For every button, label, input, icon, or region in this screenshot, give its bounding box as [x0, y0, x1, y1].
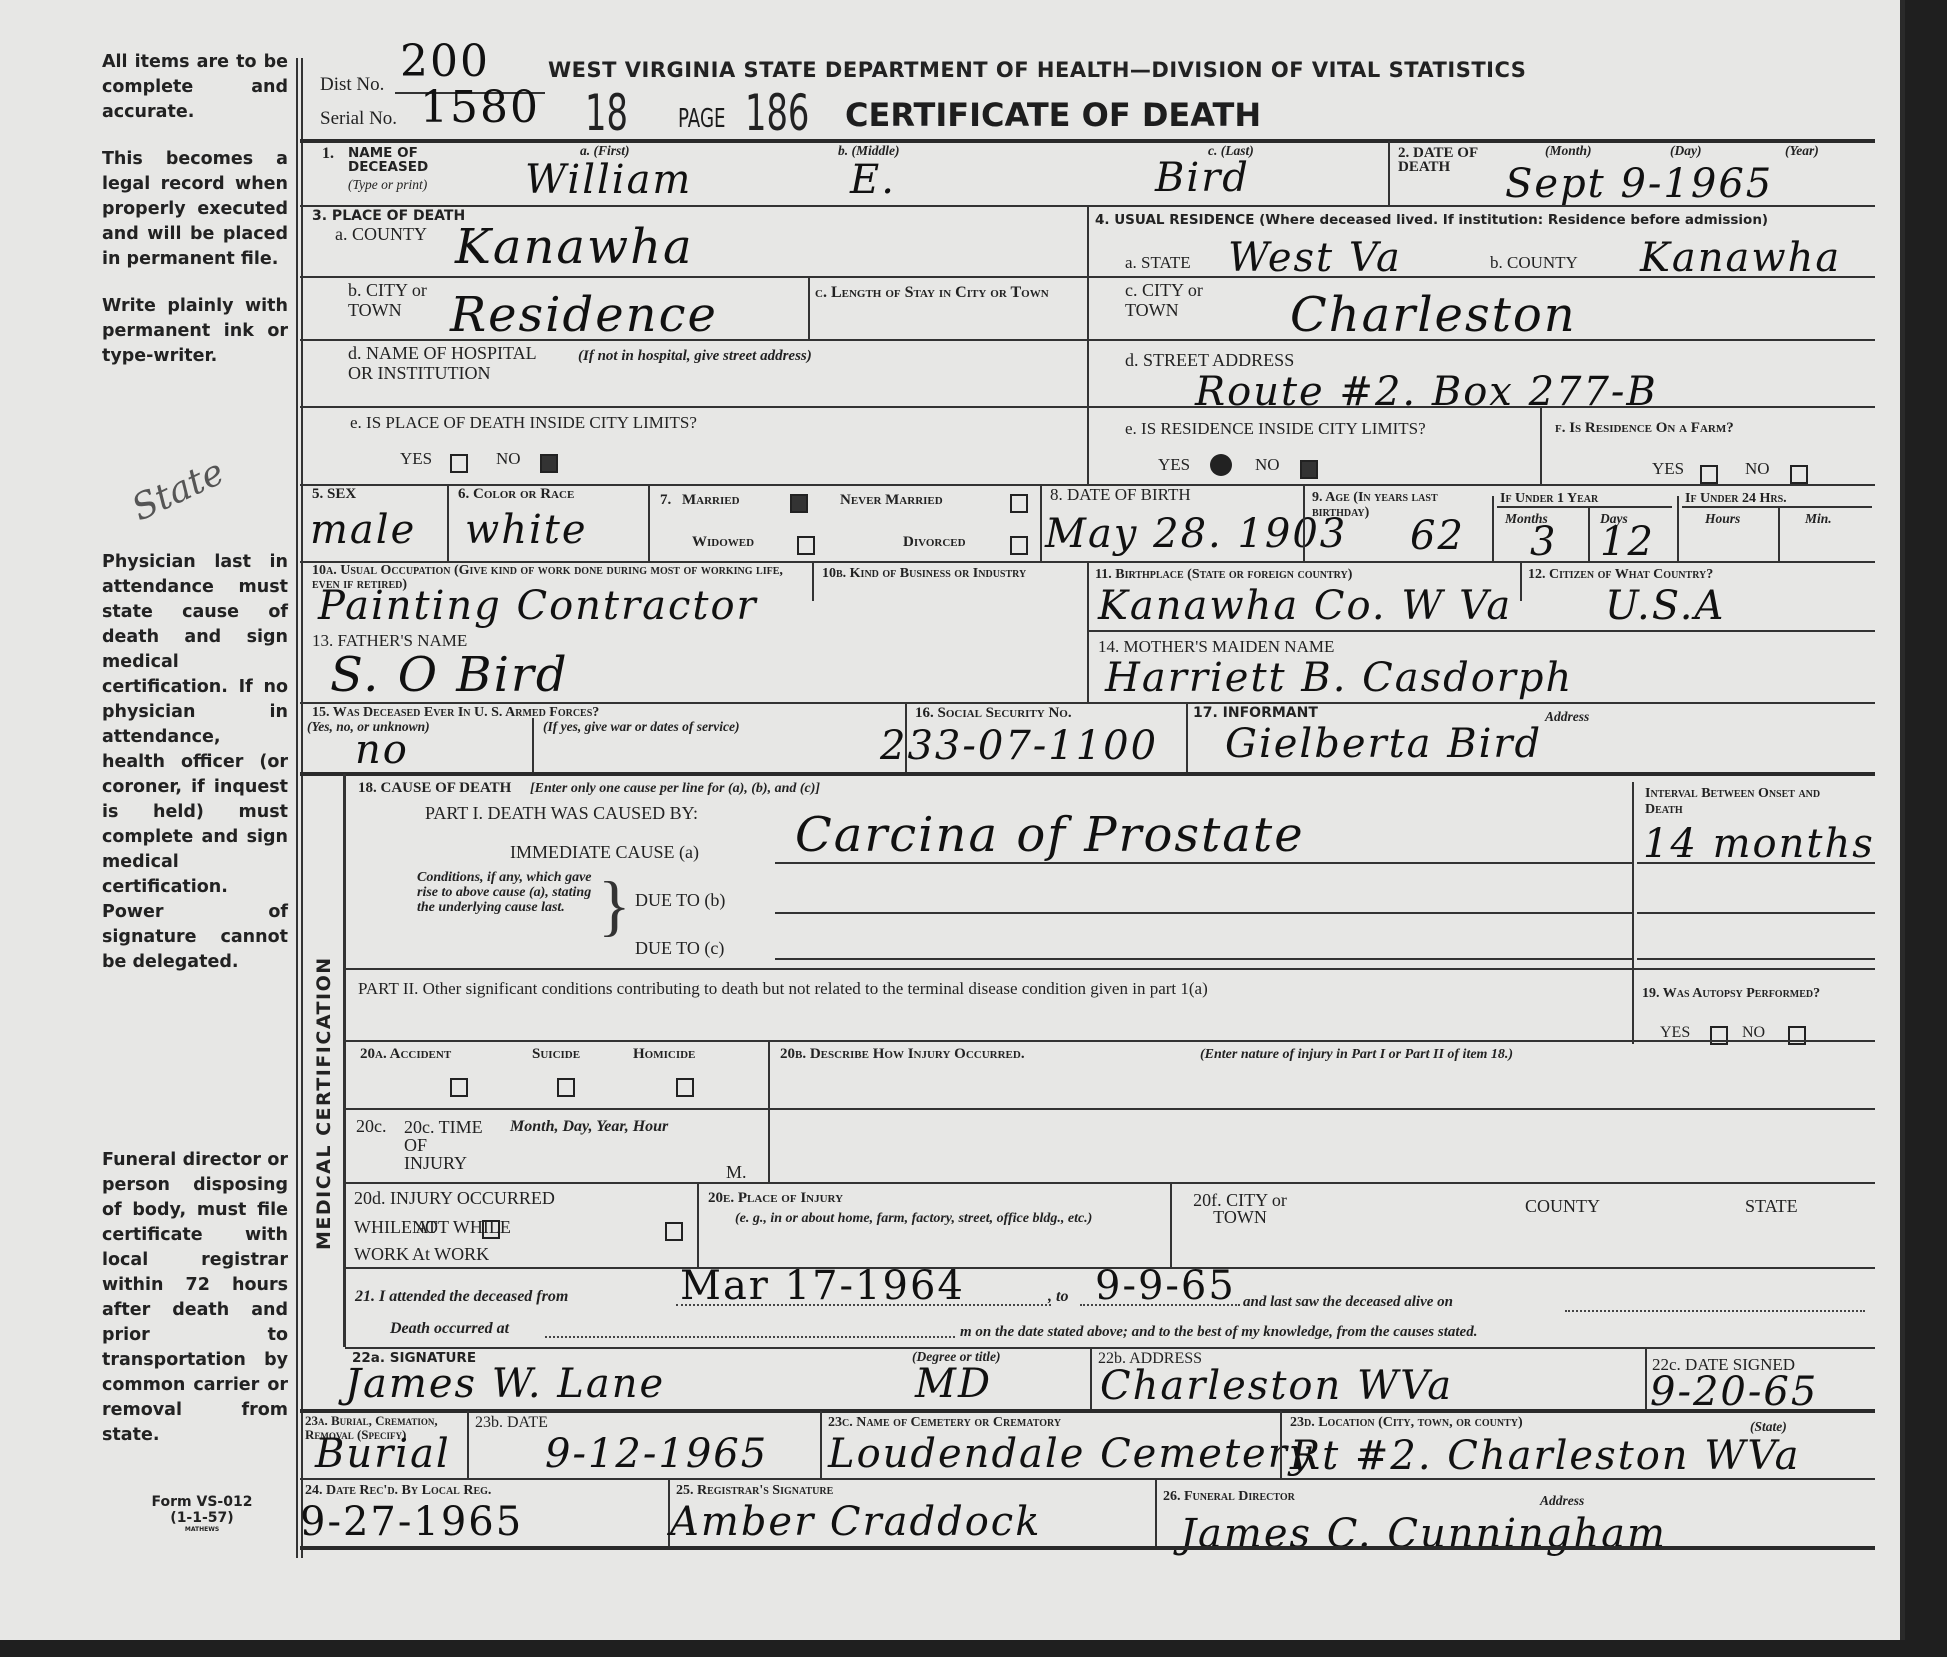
injury-state-label: STATE [1745, 1198, 1798, 1215]
physician-address-value[interactable]: Charleston WVa [1100, 1364, 1453, 1408]
degree-value[interactable]: MD [915, 1362, 992, 1406]
injury-city-label: 20f. CITY or TOWN [1180, 1192, 1300, 1226]
row-rule [345, 1040, 1875, 1042]
farm-no-label: NO [1745, 460, 1770, 477]
death-inside-yes-checkbox[interactable] [450, 454, 468, 473]
form-number: Form VS-012 (1-1-57) MATHEWS [112, 1494, 292, 1534]
hospital-label: d. NAME OF HOSPITAL OR INSTITUTION [348, 343, 548, 383]
dob-label: 8. DATE OF BIRTH [1050, 486, 1191, 503]
informant-address-label: Address [1545, 710, 1589, 724]
hospital-hint: (If not in hospital, give street address… [578, 348, 812, 365]
time-injury-num: 20c. [356, 1118, 387, 1135]
farm-label: f. Is Residence On a Farm? [1555, 420, 1734, 437]
birthplace-label: 11. Birthplace (State or foreign country… [1095, 566, 1352, 583]
last-name-value[interactable]: Bird [1155, 156, 1250, 200]
homicide-label: Homicide [633, 1046, 695, 1063]
due-to-b-label: DUE TO (b) [635, 892, 725, 909]
attended-to-value[interactable]: 9-9-65 [1095, 1264, 1236, 1308]
book-number-stamp: 18 [585, 84, 628, 142]
last-saw-label: and last saw the deceased alive on [1243, 1294, 1453, 1311]
form-date: (1-1-57) [112, 1510, 292, 1526]
birthplace-value[interactable]: Kanawha Co. W Va [1098, 584, 1512, 628]
last-saw-line [1565, 1310, 1865, 1312]
age-years-value[interactable]: 62 [1410, 514, 1465, 558]
page-number-stamp: 186 [745, 84, 809, 142]
length-of-stay-label: c. Length of Stay in City or Town [815, 284, 1055, 301]
location-state-label: (State) [1750, 1420, 1787, 1434]
sub-rule [1497, 506, 1672, 508]
page-label: PAGE [678, 104, 726, 134]
dod-month-label: (Month) [1545, 144, 1592, 158]
divider [697, 1182, 699, 1267]
sidebar-note-3: Write plainly with permanent ink or type… [102, 294, 288, 369]
disposition-date-label: 23b. DATE [475, 1414, 548, 1431]
divider [1303, 484, 1305, 561]
interval-line [1637, 958, 1875, 960]
farm-yes-checkbox[interactable] [1700, 465, 1718, 484]
accident-label: 20a. Accident [360, 1046, 451, 1063]
divider [1040, 484, 1042, 561]
divider [1645, 1349, 1647, 1409]
center-divider [1087, 205, 1089, 484]
residence-inside-city-label: e. IS RESIDENCE INSIDE CITY LIMITS? [1125, 420, 1426, 437]
mother-value[interactable]: Harriett B. Casdorph [1105, 656, 1573, 700]
death-county-label: a. COUNTY [335, 226, 427, 243]
form-id: Form VS-012 [112, 1494, 292, 1510]
death-inside-no-label: NO [496, 450, 521, 467]
divider [1155, 1480, 1157, 1546]
service-hint: (If yes, give war or dates of service) [543, 720, 739, 734]
row-rule [345, 1108, 1875, 1110]
row-rule [1087, 630, 1875, 632]
widowed-checkbox[interactable] [797, 536, 815, 555]
divider [447, 484, 449, 561]
under-24-label: If Under 24 Hrs. [1685, 490, 1787, 507]
on-date-label: m on the date stated above; and to the b… [960, 1324, 1477, 1341]
row-rule [345, 968, 1875, 970]
divider [1186, 702, 1188, 772]
dod-day-label: (Day) [1670, 144, 1701, 158]
injury-how-label: 20b. Describe How Injury Occurred. [780, 1046, 1025, 1063]
received-value[interactable]: 9-27-1965 [300, 1500, 523, 1544]
suicide-label: Suicide [532, 1046, 580, 1063]
divider [1778, 508, 1780, 561]
sidebar-note-2: This becomes a legal record when properl… [102, 147, 288, 272]
divider [1492, 496, 1494, 561]
father-value[interactable]: S. O Bird [330, 650, 569, 700]
residence-inside-yes-scribble [1210, 454, 1232, 476]
usual-residence-label: 4. USUAL RESIDENCE (Where deceased lived… [1095, 212, 1875, 229]
location-value[interactable]: Rt #2. Charleston WVa [1290, 1434, 1800, 1478]
row-rule [300, 339, 1875, 341]
residence-inside-yes-label: YES [1158, 456, 1190, 473]
divider [1280, 1411, 1282, 1478]
farm-yes-label: YES [1652, 460, 1684, 477]
sex-label: 5. SEX [312, 486, 356, 503]
immediate-cause-label: IMMEDIATE CAUSE (a) [510, 844, 699, 861]
immediate-cause-value[interactable]: Carcina of Prostate [795, 810, 1305, 860]
conditions-note: Conditions, if any, which gave rise to a… [417, 870, 597, 915]
place-injury-label: 20e. Place of Injury [708, 1190, 843, 1207]
interval-line [1637, 912, 1875, 914]
cemetery-value[interactable]: Loudendale Cemetery [828, 1432, 1313, 1476]
time-injury-label: 20c. TIME OF INJURY [404, 1118, 484, 1172]
first-name-label: a. (First) [580, 144, 630, 158]
bottom-rule [300, 1546, 1875, 1550]
autopsy-yes-checkbox[interactable] [1710, 1026, 1728, 1045]
middle-name-value[interactable]: E. [850, 158, 896, 202]
part2-label: PART II. Other significant conditions co… [358, 980, 1208, 997]
brace: } [598, 870, 631, 940]
autopsy-label: 19. Was Autopsy Performed? [1642, 986, 1842, 1002]
dod-year-label: (Year) [1785, 144, 1819, 158]
street-address-label: d. STREET ADDRESS [1125, 352, 1294, 369]
citizen-value[interactable]: U.S.A [1605, 584, 1725, 628]
divider [820, 1411, 822, 1478]
disposition-method-value[interactable]: Burial [315, 1432, 451, 1476]
divider [648, 484, 650, 561]
business-label: 10b. Kind of Business or Industry [822, 566, 1082, 581]
not-while-work-checkbox[interactable] [665, 1222, 683, 1241]
race-label: 6. Color or Race [458, 486, 574, 503]
death-occurred-line [545, 1336, 955, 1338]
under-1-year-label: If Under 1 Year [1500, 490, 1598, 507]
age-months-value[interactable]: 3 [1530, 520, 1557, 564]
divider [1388, 141, 1390, 205]
farm-no-checkbox[interactable] [1790, 465, 1808, 484]
department-header: WEST VIRGINIA STATE DEPARTMENT OF HEALTH… [548, 58, 1526, 82]
middle-name-label: b. (Middle) [838, 144, 900, 158]
suicide-checkbox[interactable] [557, 1078, 575, 1097]
sex-value[interactable]: male [310, 508, 416, 552]
time-injury-hint: Month, Day, Year, Hour [510, 1118, 668, 1135]
registrar-value[interactable]: Amber Craddock [670, 1500, 1041, 1544]
certificate-title: CERTIFICATE OF DEATH [845, 96, 1261, 134]
printer-mark: MATHEWS [112, 1526, 292, 1534]
first-name-value[interactable]: William [525, 158, 692, 202]
divorced-label: Divorced [903, 534, 966, 551]
received-label: 24. Date Rec'd. By Local Reg. [305, 1482, 491, 1499]
residence-inside-no-checkbox[interactable] [1300, 460, 1318, 479]
divider [1170, 1182, 1172, 1267]
divider [812, 561, 814, 601]
header-rule [300, 139, 1875, 143]
divider [532, 718, 534, 772]
married-checkbox[interactable] [790, 494, 808, 513]
min-label: Min. [1805, 512, 1832, 526]
interval-divider [1632, 782, 1634, 1044]
row-rule-thick [300, 772, 1875, 776]
residence-county-value[interactable]: Kanawha [1640, 236, 1841, 280]
attended-from-value[interactable]: Mar 17-1964 [680, 1264, 965, 1308]
date-of-death-value[interactable]: Sept 9-1965 [1505, 162, 1773, 206]
divider [1540, 406, 1542, 484]
residence-county-label: b. COUNTY [1490, 254, 1578, 271]
dist-no-label: Dist No. [320, 76, 384, 93]
race-value[interactable]: white [465, 508, 588, 552]
armed-forces-value[interactable]: no [355, 728, 409, 772]
divider [1588, 508, 1590, 561]
death-city-label: b. CITY or TOWN [348, 280, 443, 320]
name-hint: (Type or print) [348, 178, 427, 192]
autopsy-no-checkbox[interactable] [1788, 1026, 1806, 1045]
sidebar-instructions-top: All items are to be complete and accurat… [102, 50, 288, 391]
medical-side-border [343, 774, 346, 1347]
signature-value[interactable]: James W. Lane [345, 1362, 665, 1406]
death-city-value[interactable]: Residence [450, 290, 718, 340]
never-married-checkbox[interactable] [1010, 494, 1028, 513]
divider [1090, 1349, 1092, 1409]
death-occurred-label: Death occurred at [390, 1320, 509, 1337]
autopsy-yes-label: YES [1660, 1024, 1690, 1041]
name-label-num: 1. [322, 145, 334, 162]
row-rule [300, 1478, 1875, 1480]
date-of-death-label: 2. DATE OF DEATH [1398, 146, 1508, 174]
medical-certification-side-title: MEDICAL CERTIFICATION [313, 1220, 335, 1250]
sidebar-instructions-funeral: Funeral director or person disposing of … [102, 1148, 288, 1470]
divider [1677, 496, 1679, 561]
interval-line [1637, 862, 1875, 864]
citizen-label: 12. Citizen of What Country? [1528, 566, 1713, 583]
serial-no-value: 1580 [420, 86, 540, 130]
due-to-c-label: DUE TO (c) [635, 940, 724, 957]
row-rule [300, 406, 1875, 408]
part1-label: PART I. DEATH WAS CAUSED BY: [425, 805, 698, 822]
due-to-c-line [775, 958, 1632, 960]
cause-of-death-label: 18. CAUSE OF DEATH [358, 780, 511, 797]
attended-prefix: 21. I attended the deceased from [355, 1288, 568, 1305]
injury-how-hint: (Enter nature of injury in Part I or Par… [1200, 1046, 1513, 1063]
ssn-value[interactable]: 233-07-1100 [880, 724, 1158, 768]
place-of-death-label: 3. PLACE OF DEATH [312, 208, 465, 225]
sidebar-instructions-physician: Physician last in attendance must state … [102, 550, 288, 997]
residence-state-value[interactable]: West Va [1228, 236, 1402, 280]
divorced-checkbox[interactable] [1010, 536, 1028, 555]
due-to-b-line [775, 912, 1632, 914]
disposition-date-value[interactable]: 9-12-1965 [545, 1432, 768, 1476]
married-label: Married [682, 492, 740, 509]
mother-label: 14. MOTHER'S MAIDEN NAME [1098, 638, 1334, 655]
date-signed-value[interactable]: 9-20-65 [1650, 1370, 1818, 1414]
accident-checkbox[interactable] [450, 1078, 468, 1097]
death-county-value[interactable]: Kanawha [455, 222, 694, 272]
serial-no-label: Serial No. [320, 110, 397, 127]
divider [808, 276, 810, 339]
hours-label: Hours [1705, 512, 1740, 526]
form-left-border [296, 58, 303, 1558]
residence-city-value[interactable]: Charleston [1290, 290, 1577, 340]
divider [467, 1411, 469, 1478]
divider [1520, 561, 1522, 601]
scan-border-right [1905, 0, 1947, 1657]
age-days-value[interactable]: 12 [1600, 520, 1655, 564]
informant-label: 17. INFORMANT [1193, 705, 1318, 722]
cause-of-death-hint: [Enter only one cause per line for (a), … [530, 780, 820, 797]
time-injury-m: M. [726, 1164, 747, 1181]
residence-inside-no-label: NO [1255, 456, 1280, 473]
sub-rule [1682, 506, 1872, 508]
scan-border-bottom [0, 1640, 1947, 1657]
death-inside-no-checkbox[interactable] [540, 454, 558, 473]
dob-value[interactable]: May 28. 1903 [1045, 512, 1347, 556]
residence-city-label: c. CITY or TOWN [1125, 280, 1220, 320]
name-label: NAME OF DECEASED [348, 146, 458, 174]
place-injury-hint: (e. g., in or about home, farm, factory,… [735, 1210, 1175, 1227]
row-rule-thick [300, 1409, 1875, 1413]
cemetery-label: 23c. Name of Cemetery or Crematory [828, 1414, 1061, 1431]
funeral-director-label: 26. Funeral Director [1163, 1488, 1295, 1505]
never-married-label: Never Married [840, 492, 943, 509]
informant-value[interactable]: Gielberta Bird [1225, 722, 1542, 766]
divider [768, 1040, 770, 1182]
widowed-label: Widowed [692, 534, 754, 551]
residence-state-label: a. STATE [1125, 254, 1191, 271]
homicide-checkbox[interactable] [676, 1078, 694, 1097]
row-rule [300, 276, 1875, 278]
death-inside-city-label: e. IS PLACE OF DEATH INSIDE CITY LIMITS? [350, 414, 697, 431]
dist-no-value: 200 [400, 40, 490, 84]
row-rule [345, 1182, 1875, 1184]
sidebar-note-5: Funeral director or person disposing of … [102, 1148, 288, 1448]
death-inside-yes-label: YES [400, 450, 432, 467]
sidebar-note-4: Physician last in attendance must state … [102, 550, 288, 975]
autopsy-no-label: NO [1742, 1024, 1765, 1041]
not-while-work-label: NOT WHILE At WORK [412, 1214, 532, 1268]
injury-work-label: 20d. INJURY OCCURRED [354, 1190, 555, 1207]
occupation-value[interactable]: Painting Contractor [318, 584, 758, 628]
ssn-label: 16. Social Security No. [915, 705, 1072, 722]
funeral-address-label: Address [1540, 1494, 1584, 1508]
attended-to-label: , to [1048, 1288, 1068, 1305]
location-label: 23d. Location (City, town, or county) [1290, 1414, 1523, 1431]
sidebar-note-1: All items are to be complete and accurat… [102, 50, 288, 125]
interval-label: Interval Between Onset and Death [1645, 786, 1845, 818]
registrar-label: 25. Registrar's Signature [676, 1482, 833, 1499]
injury-county-label: COUNTY [1525, 1198, 1600, 1215]
marital-label-num: 7. [660, 492, 671, 509]
interval-value[interactable]: 14 months [1643, 822, 1875, 866]
